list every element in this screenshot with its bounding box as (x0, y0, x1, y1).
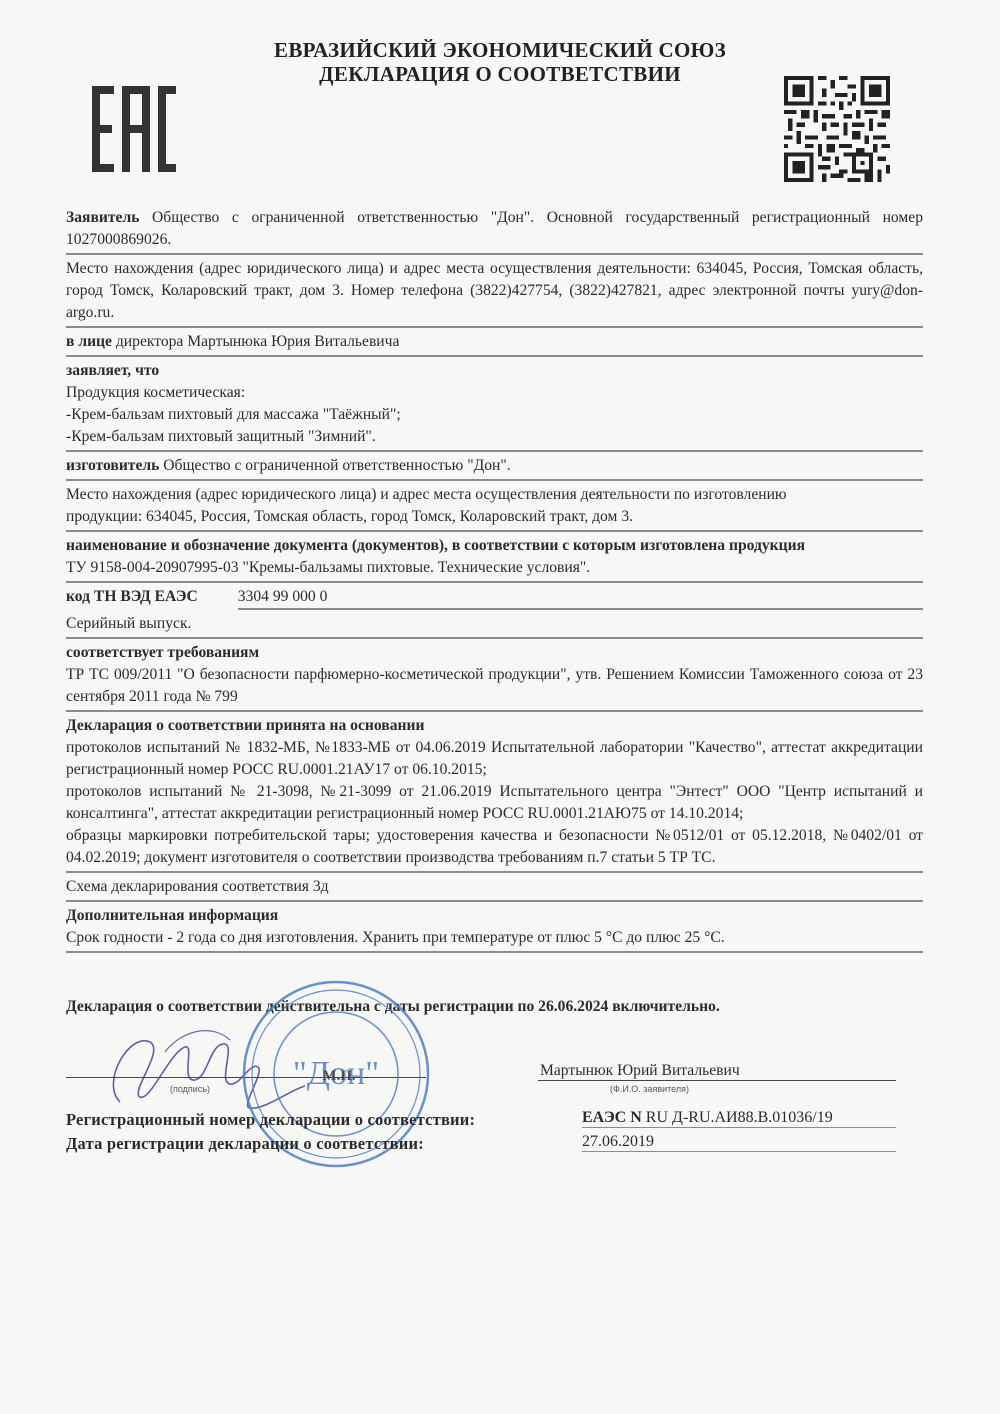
applicant-name: Мартынюк Юрий Витальевич (538, 1062, 896, 1081)
applicant-address: Место нахождения (адрес юридического лиц… (66, 258, 923, 328)
basis-label: Декларация о соответствии принята на осн… (66, 715, 923, 737)
standard-doc-section: наименование и обозначение документа (до… (66, 535, 923, 583)
product-line: -Крем-бальзам пихтовый для массажа "Таёж… (66, 404, 923, 426)
svg-text:М.П.: М.П. (322, 1068, 356, 1084)
union-title: ЕВРАЗИЙСКИЙ ЭКОНОМИЧЕСКИЙ СОЮЗ (0, 38, 1000, 63)
hs-code-label: код ТН ВЭД ЕАЭС (66, 586, 198, 610)
declares-label: заявляет, что (66, 360, 923, 382)
product-line: -Крем-бальзам пихтовый защитный "Зимний"… (66, 426, 923, 448)
additional-label: Дополнительная информация (66, 905, 923, 927)
registration-number: ЕАЭС N RU Д-RU.АИ88.В.01036/19 (582, 1109, 896, 1128)
product-line: Продукция косметическая: (66, 382, 923, 404)
applicant-label: Заявитель (66, 209, 139, 226)
representative-text: директора Мартынюка Юрия Витальевича (112, 333, 399, 350)
manufacturer-address: Место нахождения (адрес юридического лиц… (66, 484, 923, 532)
basis-section: Декларация о соответствии принята на осн… (66, 715, 923, 873)
manufacturer-text: Общество с ограниченной ответственностью… (159, 457, 510, 474)
declaration-body: Заявитель Общество с ограниченной ответс… (66, 207, 923, 956)
representative-label: в лице (66, 333, 112, 350)
applicant-name-caption: (Ф.И.О. заявителя) (610, 1084, 689, 1094)
additional-section: Дополнительная информация Срок годности … (66, 905, 923, 953)
requirements-label: соответствует требованиям (66, 642, 923, 664)
additional-text: Срок годности - 2 года со дня изготовлен… (66, 927, 923, 949)
manufacturer-section: изготовитель Общество с ограниченной отв… (66, 455, 923, 481)
basis-paragraph: протоколов испытаний № 21-3098, №21-3099… (66, 781, 923, 825)
scheme: Схема декларирования соответствия 3д (66, 876, 923, 902)
hs-code-value: 3304 99 000 0 (238, 586, 923, 610)
eac-logo-icon (92, 86, 176, 172)
standard-doc-label: наименование и обозначение документа (до… (66, 535, 923, 557)
declares-section: заявляет, что Продукция косметическая: -… (66, 360, 923, 452)
manufacturer-label: изготовитель (66, 457, 159, 474)
registration-number-label: Регистрационный номер декларации о соотв… (66, 1110, 475, 1130)
qr-code-icon (784, 74, 890, 184)
representative-section: в лице директора Мартынюка Юрия Витальев… (66, 331, 923, 357)
declaration-page: ЕВРАЗИЙСКИЙ ЭКОНОМИЧЕСКИЙ СОЮЗ ДЕКЛАРАЦИ… (0, 0, 1000, 1414)
signature-caption: (подпись) (170, 1084, 210, 1094)
hs-code-row: код ТН ВЭД ЕАЭС 3304 99 000 0 (66, 586, 923, 610)
requirements-text: ТР ТС 009/2011 "О безопасности парфюмерн… (66, 664, 923, 708)
basis-paragraph: образцы маркировки потребительской тары;… (66, 825, 923, 869)
production-type: Серийный выпуск. (66, 613, 923, 639)
registration-date-label: Дата регистрации декларации о соответств… (66, 1134, 424, 1154)
basis-paragraph: протоколов испытаний № 1832-МБ, №1833-МБ… (66, 737, 923, 781)
applicant-text: Общество с ограниченной ответственностью… (66, 209, 923, 248)
registration-date: 27.06.2019 (582, 1133, 896, 1152)
registration-number-prefix: ЕАЭС N (582, 1109, 642, 1126)
registration-number-value: RU Д-RU.АИ88.В.01036/19 (642, 1109, 833, 1126)
requirements-section: соответствует требованиям ТР ТС 009/2011… (66, 642, 923, 712)
applicant-section: Заявитель Общество с ограниченной ответс… (66, 207, 923, 255)
standard-doc-text: ТУ 9158-004-20907995-03 "Кремы-бальзамы … (66, 557, 923, 579)
